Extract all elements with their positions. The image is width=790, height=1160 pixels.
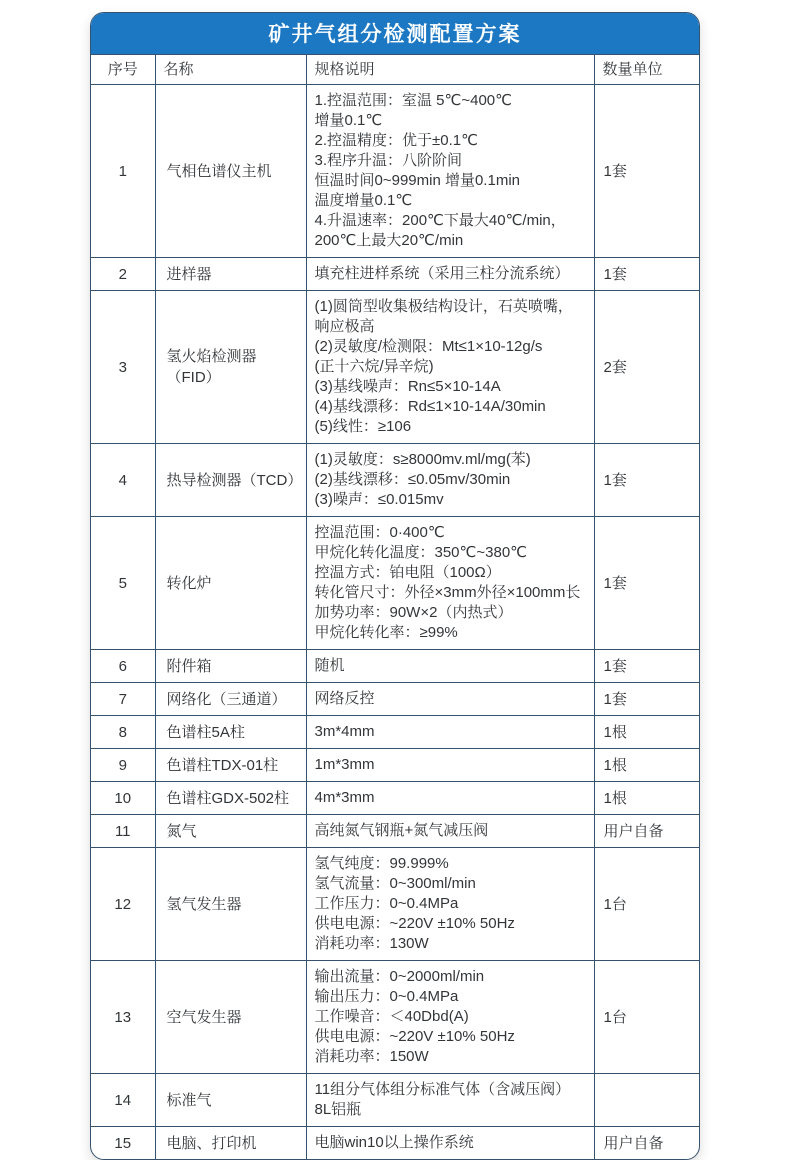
cell-spec: 氢气纯度：99.999% 氢气流量：0~300ml/min 工作压力：0~0.4… bbox=[306, 848, 594, 961]
cell-no: 10 bbox=[91, 782, 155, 815]
cell-spec: 随机 bbox=[306, 650, 594, 683]
table-row: 14 标准气 11组分气体组分标准气体（含减压阀） 8L铝瓶 bbox=[91, 1074, 700, 1127]
cell-spec: 3m*4mm bbox=[306, 716, 594, 749]
cell-name: 附件箱 bbox=[155, 650, 306, 683]
cell-no: 5 bbox=[91, 517, 155, 650]
cell-name: 氮气 bbox=[155, 815, 306, 848]
cell-no: 7 bbox=[91, 683, 155, 716]
cell-spec: 11组分气体组分标准气体（含减压阀） 8L铝瓶 bbox=[306, 1074, 594, 1127]
cell-name: 气相色谱仪主机 bbox=[155, 85, 306, 258]
table-row: 7 网络化（三通道） 网络反控 1套 bbox=[91, 683, 700, 716]
cell-no: 14 bbox=[91, 1074, 155, 1127]
column-header-qty: 数量单位 bbox=[594, 55, 700, 85]
cell-name: 色谱柱GDX-502柱 bbox=[155, 782, 306, 815]
table-row: 2 进样器 填充柱进样系统（采用三柱分流系统） 1套 bbox=[91, 258, 700, 291]
cell-qty: 1套 bbox=[594, 650, 700, 683]
cell-name: 色谱柱5A柱 bbox=[155, 716, 306, 749]
table-row: 8 色谱柱5A柱 3m*4mm 1根 bbox=[91, 716, 700, 749]
cell-name: 氢火焰检测器（FID） bbox=[155, 291, 306, 444]
table-row: 15 电脑、打印机 电脑win10以上操作系统 用户自备 bbox=[91, 1127, 700, 1160]
table-title: 矿井气组分检测配置方案 bbox=[91, 13, 699, 55]
spec-table: 序号 名称 规格说明 数量单位 1 气相色谱仪主机 1.控温范围：室温 5℃~4… bbox=[91, 55, 700, 1159]
cell-qty: 1套 bbox=[594, 683, 700, 716]
cell-name: 电脑、打印机 bbox=[155, 1127, 306, 1160]
cell-spec: 控温范围：0·400℃ 甲烷化转化温度：350℃~380℃ 控温方式：铂电阻（1… bbox=[306, 517, 594, 650]
cell-qty: 2套 bbox=[594, 291, 700, 444]
cell-name: 进样器 bbox=[155, 258, 306, 291]
cell-qty: 1套 bbox=[594, 85, 700, 258]
cell-spec: (1)圆筒型收集极结构设计，石英喷嘴， 响应极高 (2)灵敏度/检测限：Mt≤1… bbox=[306, 291, 594, 444]
cell-no: 12 bbox=[91, 848, 155, 961]
cell-name: 网络化（三通道） bbox=[155, 683, 306, 716]
cell-no: 8 bbox=[91, 716, 155, 749]
cell-no: 9 bbox=[91, 749, 155, 782]
table-row: 5 转化炉 控温范围：0·400℃ 甲烷化转化温度：350℃~380℃ 控温方式… bbox=[91, 517, 700, 650]
column-header-spec: 规格说明 bbox=[306, 55, 594, 85]
header-row: 序号 名称 规格说明 数量单位 bbox=[91, 55, 700, 85]
cell-qty: 1根 bbox=[594, 716, 700, 749]
cell-spec: 电脑win10以上操作系统 bbox=[306, 1127, 594, 1160]
cell-name: 色谱柱TDX-01柱 bbox=[155, 749, 306, 782]
cell-qty: 1根 bbox=[594, 749, 700, 782]
cell-name: 标准气 bbox=[155, 1074, 306, 1127]
spec-table-card: 矿井气组分检测配置方案 序号 名称 规格说明 数量单位 1 气相色谱仪主机 1.… bbox=[90, 12, 700, 1160]
table-row: 11 氮气 高纯氮气钢瓶+氮气减压阀 用户自备 bbox=[91, 815, 700, 848]
cell-name: 转化炉 bbox=[155, 517, 306, 650]
cell-name: 氢气发生器 bbox=[155, 848, 306, 961]
cell-no: 4 bbox=[91, 444, 155, 517]
cell-name: 空气发生器 bbox=[155, 961, 306, 1074]
cell-no: 6 bbox=[91, 650, 155, 683]
cell-no: 13 bbox=[91, 961, 155, 1074]
table-row: 13 空气发生器 输出流量：0~2000ml/min 输出压力：0~0.4MPa… bbox=[91, 961, 700, 1074]
cell-qty: 1套 bbox=[594, 517, 700, 650]
table-row: 12 氢气发生器 氢气纯度：99.999% 氢气流量：0~300ml/min 工… bbox=[91, 848, 700, 961]
table-row: 3 氢火焰检测器（FID） (1)圆筒型收集极结构设计，石英喷嘴， 响应极高 (… bbox=[91, 291, 700, 444]
cell-spec: 高纯氮气钢瓶+氮气减压阀 bbox=[306, 815, 594, 848]
cell-qty: 1套 bbox=[594, 444, 700, 517]
cell-spec: 1m*3mm bbox=[306, 749, 594, 782]
cell-qty: 用户自备 bbox=[594, 1127, 700, 1160]
table-row: 6 附件箱 随机 1套 bbox=[91, 650, 700, 683]
cell-spec: 填充柱进样系统（采用三柱分流系统） bbox=[306, 258, 594, 291]
cell-spec: 4m*3mm bbox=[306, 782, 594, 815]
cell-no: 11 bbox=[91, 815, 155, 848]
table-row: 9 色谱柱TDX-01柱 1m*3mm 1根 bbox=[91, 749, 700, 782]
cell-no: 1 bbox=[91, 85, 155, 258]
cell-qty bbox=[594, 1074, 700, 1127]
table-row: 1 气相色谱仪主机 1.控温范围：室温 5℃~400℃ 增量0.1℃ 2.控温精… bbox=[91, 85, 700, 258]
cell-spec: 输出流量：0~2000ml/min 输出压力：0~0.4MPa 工作噪音：＜40… bbox=[306, 961, 594, 1074]
cell-qty: 1台 bbox=[594, 848, 700, 961]
cell-spec: 1.控温范围：室温 5℃~400℃ 增量0.1℃ 2.控温精度：优于±0.1℃ … bbox=[306, 85, 594, 258]
column-header-no: 序号 bbox=[91, 55, 155, 85]
cell-qty: 1台 bbox=[594, 961, 700, 1074]
cell-no: 3 bbox=[91, 291, 155, 444]
cell-name: 热导检测器（TCD） bbox=[155, 444, 306, 517]
cell-qty: 1根 bbox=[594, 782, 700, 815]
cell-no: 15 bbox=[91, 1127, 155, 1160]
cell-qty: 用户自备 bbox=[594, 815, 700, 848]
table-row: 4 热导检测器（TCD） (1)灵敏度：s≥8000mv.ml/mg(苯) (2… bbox=[91, 444, 700, 517]
table-row: 10 色谱柱GDX-502柱 4m*3mm 1根 bbox=[91, 782, 700, 815]
cell-spec: 网络反控 bbox=[306, 683, 594, 716]
cell-qty: 1套 bbox=[594, 258, 700, 291]
column-header-name: 名称 bbox=[155, 55, 306, 85]
cell-spec: (1)灵敏度：s≥8000mv.ml/mg(苯) (2)基线漂移：≤0.05mv… bbox=[306, 444, 594, 517]
cell-no: 2 bbox=[91, 258, 155, 291]
